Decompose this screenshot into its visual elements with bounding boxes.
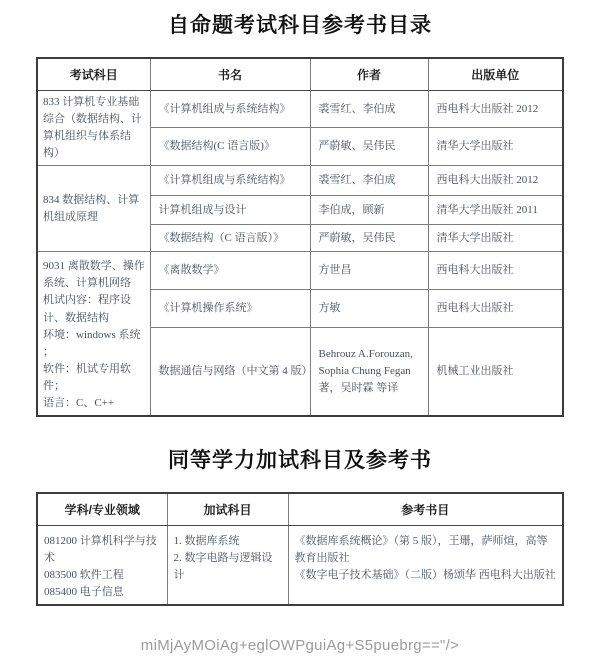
- additional-subjects-cell: 1. 数据库系统 2. 数字电路与逻辑设计: [167, 525, 288, 605]
- book-cell: 计算机组成与设计: [150, 196, 310, 225]
- column-header-book-name: 书名: [150, 58, 310, 91]
- publisher-cell: 西电科大出版社: [428, 289, 563, 327]
- subject-cell-9031: 9031 离散数学、操作系统、计算机网络 机试内容：程序设计、数据结构 环境：w…: [37, 252, 150, 416]
- author-cell: 裘雪红、李伯成: [310, 91, 428, 128]
- column-header-author: 作者: [310, 58, 428, 91]
- author-cell: 方世昌: [310, 252, 428, 290]
- publisher-cell: 清华大学出版社: [428, 225, 563, 252]
- book-cell: 《计算机操作系统》: [150, 289, 310, 327]
- table-row: 9031 离散数学、操作系统、计算机网络 机试内容：程序设计、数据结构 环境：w…: [37, 252, 563, 290]
- subject-cell-833: 833 计算机专业基础综合（数据结构、计算机组织与体系结构）: [37, 91, 150, 166]
- exam-reference-table: 考试科目 书名 作者 出版单位 833 计算机专业基础综合（数据结构、计算机组织…: [36, 57, 564, 417]
- publisher-cell: 机械工业出版社: [428, 327, 563, 416]
- book-cell: 《计算机组成与系统结构》: [150, 91, 310, 128]
- publisher-cell: 清华大学出版社 2011: [428, 196, 563, 225]
- author-cell: 严蔚敏，吴伟民: [310, 225, 428, 252]
- publisher-cell: 西电科大出版社 2012: [428, 166, 563, 196]
- book-cell: 《数据结构(C 语言版)》: [150, 128, 310, 166]
- subject-cell-834: 834 数据结构、计算机组成原理: [37, 166, 150, 252]
- column-header-publisher: 出版单位: [428, 58, 563, 91]
- author-cell: 李伯成，顾新: [310, 196, 428, 225]
- column-header-additional-subject: 加试科目: [167, 493, 288, 526]
- table-row: 833 计算机专业基础综合（数据结构、计算机组织与体系结构） 《计算机组成与系统…: [37, 91, 563, 128]
- table-header-row: 学科/专业领域 加试科目 参考书目: [37, 493, 563, 526]
- author-cell: Behrouz A.Forouzan, Sophia Chung Fegan 著…: [310, 327, 428, 416]
- book-cell: 《计算机组成与系统结构》: [150, 166, 310, 196]
- publisher-cell: 西电科大出版社 2012: [428, 91, 563, 128]
- column-header-reference-books: 参考书目: [288, 493, 563, 526]
- table-row: 081200 计算机科学与技术 083500 软件工程 085400 电子信息 …: [37, 525, 563, 605]
- publisher-cell: 清华大学出版社: [428, 128, 563, 166]
- page-title-exam-reference: 自命题考试科目参考书目录: [0, 13, 600, 38]
- book-cell: 《离散数学》: [150, 252, 310, 290]
- author-cell: 严蔚敏、吴伟民: [310, 128, 428, 166]
- majors-cell: 081200 计算机科学与技术 083500 软件工程 085400 电子信息: [37, 525, 167, 605]
- author-cell: 裘雪红、李伯成: [310, 166, 428, 196]
- publisher-cell: 西电科大出版社: [428, 252, 563, 290]
- residual-encoded-text: miMjAyMOiAg+eglOWPguiAg+S5puebrg=="/>: [0, 637, 600, 654]
- column-header-discipline: 学科/专业领域: [37, 493, 167, 526]
- book-cell: 《数据结构（C 语言版）》: [150, 225, 310, 252]
- table-row: 834 数据结构、计算机组成原理 《计算机组成与系统结构》 裘雪红、李伯成 西电…: [37, 166, 563, 196]
- book-cell: 数据通信与网络（中文第 4 版）: [150, 327, 310, 416]
- column-header-exam-subject: 考试科目: [37, 58, 150, 91]
- additional-exam-table: 学科/专业领域 加试科目 参考书目 081200 计算机科学与技术 083500…: [36, 492, 564, 606]
- page-title-equivalent-degree: 同等学力加试科目及参考书: [0, 448, 600, 473]
- document-page: 自命题考试科目参考书目录 考试科目 书名 作者 出版单位 833 计算机专业基础…: [0, 0, 600, 654]
- author-cell: 方敏: [310, 289, 428, 327]
- table-header-row: 考试科目 书名 作者 出版单位: [37, 58, 563, 91]
- reference-books-cell: 《数据库系统概论》（第 5 版），王珊，萨师煊，高等教育出版社 《数字电子技术基…: [288, 525, 563, 605]
